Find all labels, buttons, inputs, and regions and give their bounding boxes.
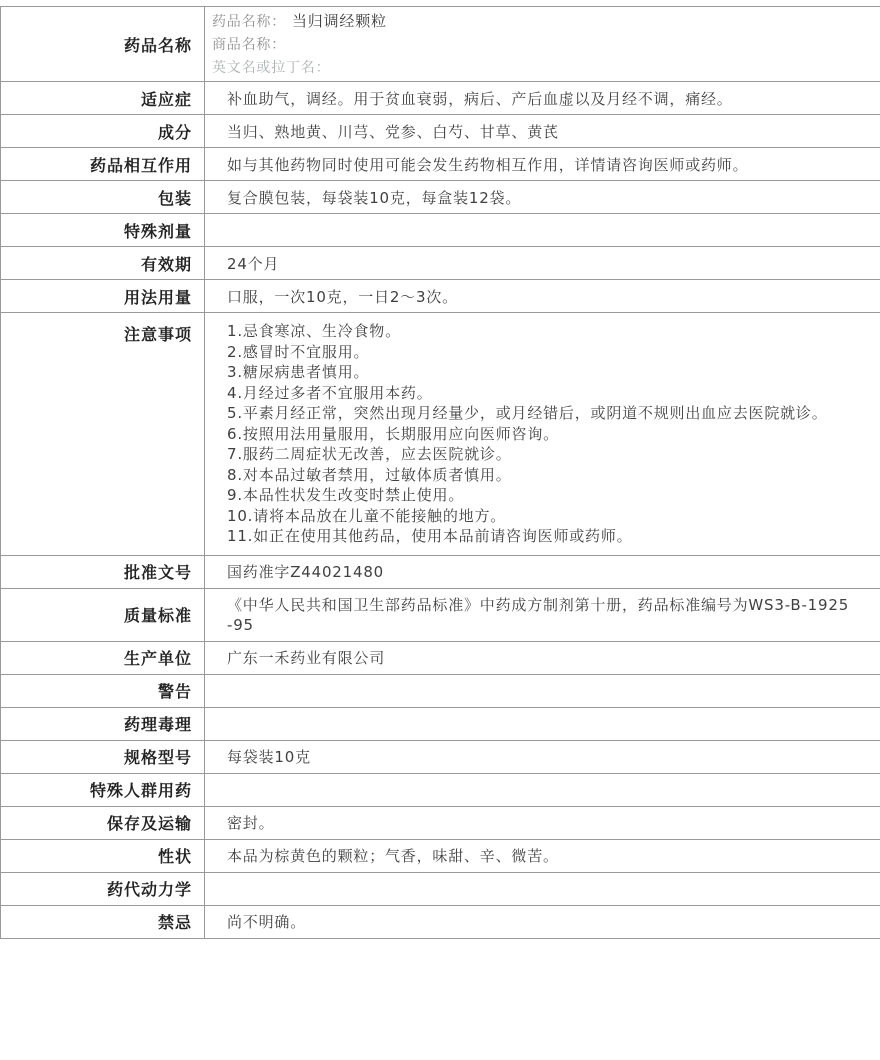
row-label: 批准文号 [1,555,205,588]
row-value: 尚不明确。 [205,905,880,938]
row-pharmacology-toxicology: 药理毒理 [1,707,880,740]
field-label-trade-name: 商品名称： [212,37,286,53]
precaution-item: 6.按照用法用量服用，长期服用应向医师咨询。 [227,424,869,445]
row-indications: 适应症 补血助气，调经。用于贫血衰弱，病后、产后血虚以及月经不调，痛经。 [1,82,880,115]
row-packaging: 包装 复合膜包装，每袋装10克，每盒装12袋。 [1,181,880,214]
precaution-item: 5.平素月经正常，突然出现月经量少，或月经错后，或阴道不规则出血应去医院就诊。 [227,403,869,424]
row-value [205,214,880,247]
row-warning: 警告 [1,674,880,707]
row-label: 保存及运输 [1,806,205,839]
row-value: 《中华人民共和国卫生部药品标准》中药成方制剂第十册，药品标准编号为WS3-B-1… [205,588,880,641]
row-approval-number: 批准文号 国药准字Z44021480 [1,555,880,588]
row-contraindications: 禁忌 尚不明确。 [1,905,880,938]
row-label: 药品名称 [1,7,205,82]
row-value: 国药准字Z44021480 [205,555,880,588]
row-label: 成分 [1,115,205,148]
drug-info-table: 药品名称 药品名称：当归调经颗粒 商品名称： 英文名或拉丁名： 适应症 补血助气… [0,6,880,939]
row-label: 质量标准 [1,588,205,641]
field-label-drug-name: 药品名称： [212,14,286,30]
row-drug-name: 药品名称 药品名称：当归调经颗粒 商品名称： 英文名或拉丁名： [1,7,880,82]
row-label: 特殊人群用药 [1,773,205,806]
row-label: 特殊剂量 [1,214,205,247]
precaution-item: 2.感冒时不宜服用。 [227,342,869,363]
row-special-population: 特殊人群用药 [1,773,880,806]
drug-name-line: 药品名称：当归调经颗粒 [212,10,869,33]
row-value: 当归、熟地黄、川芎、党参、白芍、甘草、黄芪 [205,115,880,148]
row-value: 补血助气，调经。用于贫血衰弱，病后、产后血虚以及月经不调，痛经。 [205,82,880,115]
row-label: 适应症 [1,82,205,115]
row-value: 广东一禾药业有限公司 [205,641,880,674]
row-value: 每袋装10克 [205,740,880,773]
row-label: 药品相互作用 [1,148,205,181]
drug-name-value: 当归调经颗粒 [292,12,387,30]
row-label: 警告 [1,674,205,707]
row-label: 性状 [1,839,205,872]
row-value: 1.忌食寒凉、生冷食物。 2.感冒时不宜服用。 3.糖尿病患者慎用。 4.月经过… [205,313,880,556]
row-appearance: 性状 本品为棕黄色的颗粒；气香，味甜、辛、微苦。 [1,839,880,872]
row-specification: 规格型号 每袋装10克 [1,740,880,773]
row-value: 24个月 [205,247,880,280]
trade-name-line: 商品名称： [212,33,869,56]
latin-name-line: 英文名或拉丁名： [212,56,869,79]
row-label: 禁忌 [1,905,205,938]
row-value [205,674,880,707]
precaution-item: 9.本品性状发生改变时禁止使用。 [227,485,869,506]
precaution-item: 11.如正在使用其他药品，使用本品前请咨询医师或药师。 [227,526,869,547]
row-drug-interactions: 药品相互作用 如与其他药物同时使用可能会发生药物相互作用，详情请咨询医师或药师。 [1,148,880,181]
row-label: 包装 [1,181,205,214]
row-label: 用法用量 [1,280,205,313]
row-manufacturer: 生产单位 广东一禾药业有限公司 [1,641,880,674]
row-storage-transport: 保存及运输 密封。 [1,806,880,839]
row-ingredients: 成分 当归、熟地黄、川芎、党参、白芍、甘草、黄芪 [1,115,880,148]
precaution-item: 1.忌食寒凉、生冷食物。 [227,321,869,342]
row-shelf-life: 有效期 24个月 [1,247,880,280]
row-label: 生产单位 [1,641,205,674]
row-value: 口服，一次10克，一日2～3次。 [205,280,880,313]
row-value: 本品为棕黄色的颗粒；气香，味甜、辛、微苦。 [205,839,880,872]
row-label: 注意事项 [1,313,205,556]
row-value [205,872,880,905]
row-dosage-usage: 用法用量 口服，一次10克，一日2～3次。 [1,280,880,313]
row-value: 药品名称：当归调经颗粒 商品名称： 英文名或拉丁名： [205,7,880,82]
row-value [205,707,880,740]
row-quality-standard: 质量标准 《中华人民共和国卫生部药品标准》中药成方制剂第十册，药品标准编号为WS… [1,588,880,641]
row-label: 药理毒理 [1,707,205,740]
row-pharmacokinetics: 药代动力学 [1,872,880,905]
row-value: 复合膜包装，每袋装10克，每盒装12袋。 [205,181,880,214]
row-label: 药代动力学 [1,872,205,905]
precaution-item: 7.服药二周症状无改善，应去医院就诊。 [227,444,869,465]
row-precautions: 注意事项 1.忌食寒凉、生冷食物。 2.感冒时不宜服用。 3.糖尿病患者慎用。 … [1,313,880,556]
precaution-item: 3.糖尿病患者慎用。 [227,362,869,383]
precaution-item: 4.月经过多者不宜服用本药。 [227,383,869,404]
row-value: 密封。 [205,806,880,839]
precaution-item: 10.请将本品放在儿童不能接触的地方。 [227,506,869,527]
quality-standard-line2: -95 [227,615,869,635]
row-label: 有效期 [1,247,205,280]
field-label-latin-name: 英文名或拉丁名： [212,60,330,76]
precaution-item: 8.对本品过敏者禁用，过敏体质者慎用。 [227,465,869,486]
quality-standard-line1: 《中华人民共和国卫生部药品标准》中药成方制剂第十册，药品标准编号为WS3-B-1… [227,595,869,615]
row-value [205,773,880,806]
row-special-dosage: 特殊剂量 [1,214,880,247]
row-value: 如与其他药物同时使用可能会发生药物相互作用，详情请咨询医师或药师。 [205,148,880,181]
row-label: 规格型号 [1,740,205,773]
